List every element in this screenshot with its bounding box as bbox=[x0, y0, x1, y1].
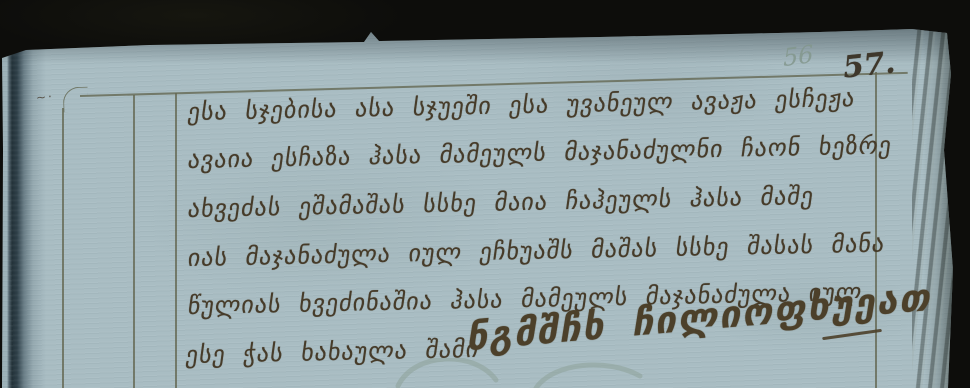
margin-ink-mark: ~· bbox=[35, 89, 54, 105]
handwriting-line: ავაია ესჩაზა ჰასა მამეულს მაჯანაძულნი ჩა… bbox=[186, 131, 894, 174]
ruled-line-left-outer bbox=[62, 108, 64, 388]
scan-background: ~· 56 57. ესა სჯებისა ასა სჯუეში ესა უვა… bbox=[0, 0, 970, 388]
ruled-corner bbox=[63, 87, 89, 113]
manuscript-page: ~· 56 57. ესა სჯებისა ასა სჯუეში ესა უვა… bbox=[0, 0, 956, 388]
ruled-line-left-middle bbox=[133, 95, 135, 388]
page-number-ink: 57. bbox=[841, 45, 897, 85]
ruled-line-left-inner bbox=[175, 93, 177, 388]
pencil-scribble bbox=[388, 358, 688, 388]
handwriting-line: იას მაჯანაძულა იულ ეჩხუაშს მაშას სსხე შა… bbox=[186, 229, 887, 272]
page-number-pencil: 56 bbox=[783, 40, 814, 72]
overlay-flourish-stroke bbox=[822, 329, 882, 340]
paper-deckled-edge bbox=[912, 28, 956, 388]
handwriting-line: ახვეძას ეშამაშას სსხე მაია ჩაჰეულს ჰასა … bbox=[186, 182, 816, 223]
